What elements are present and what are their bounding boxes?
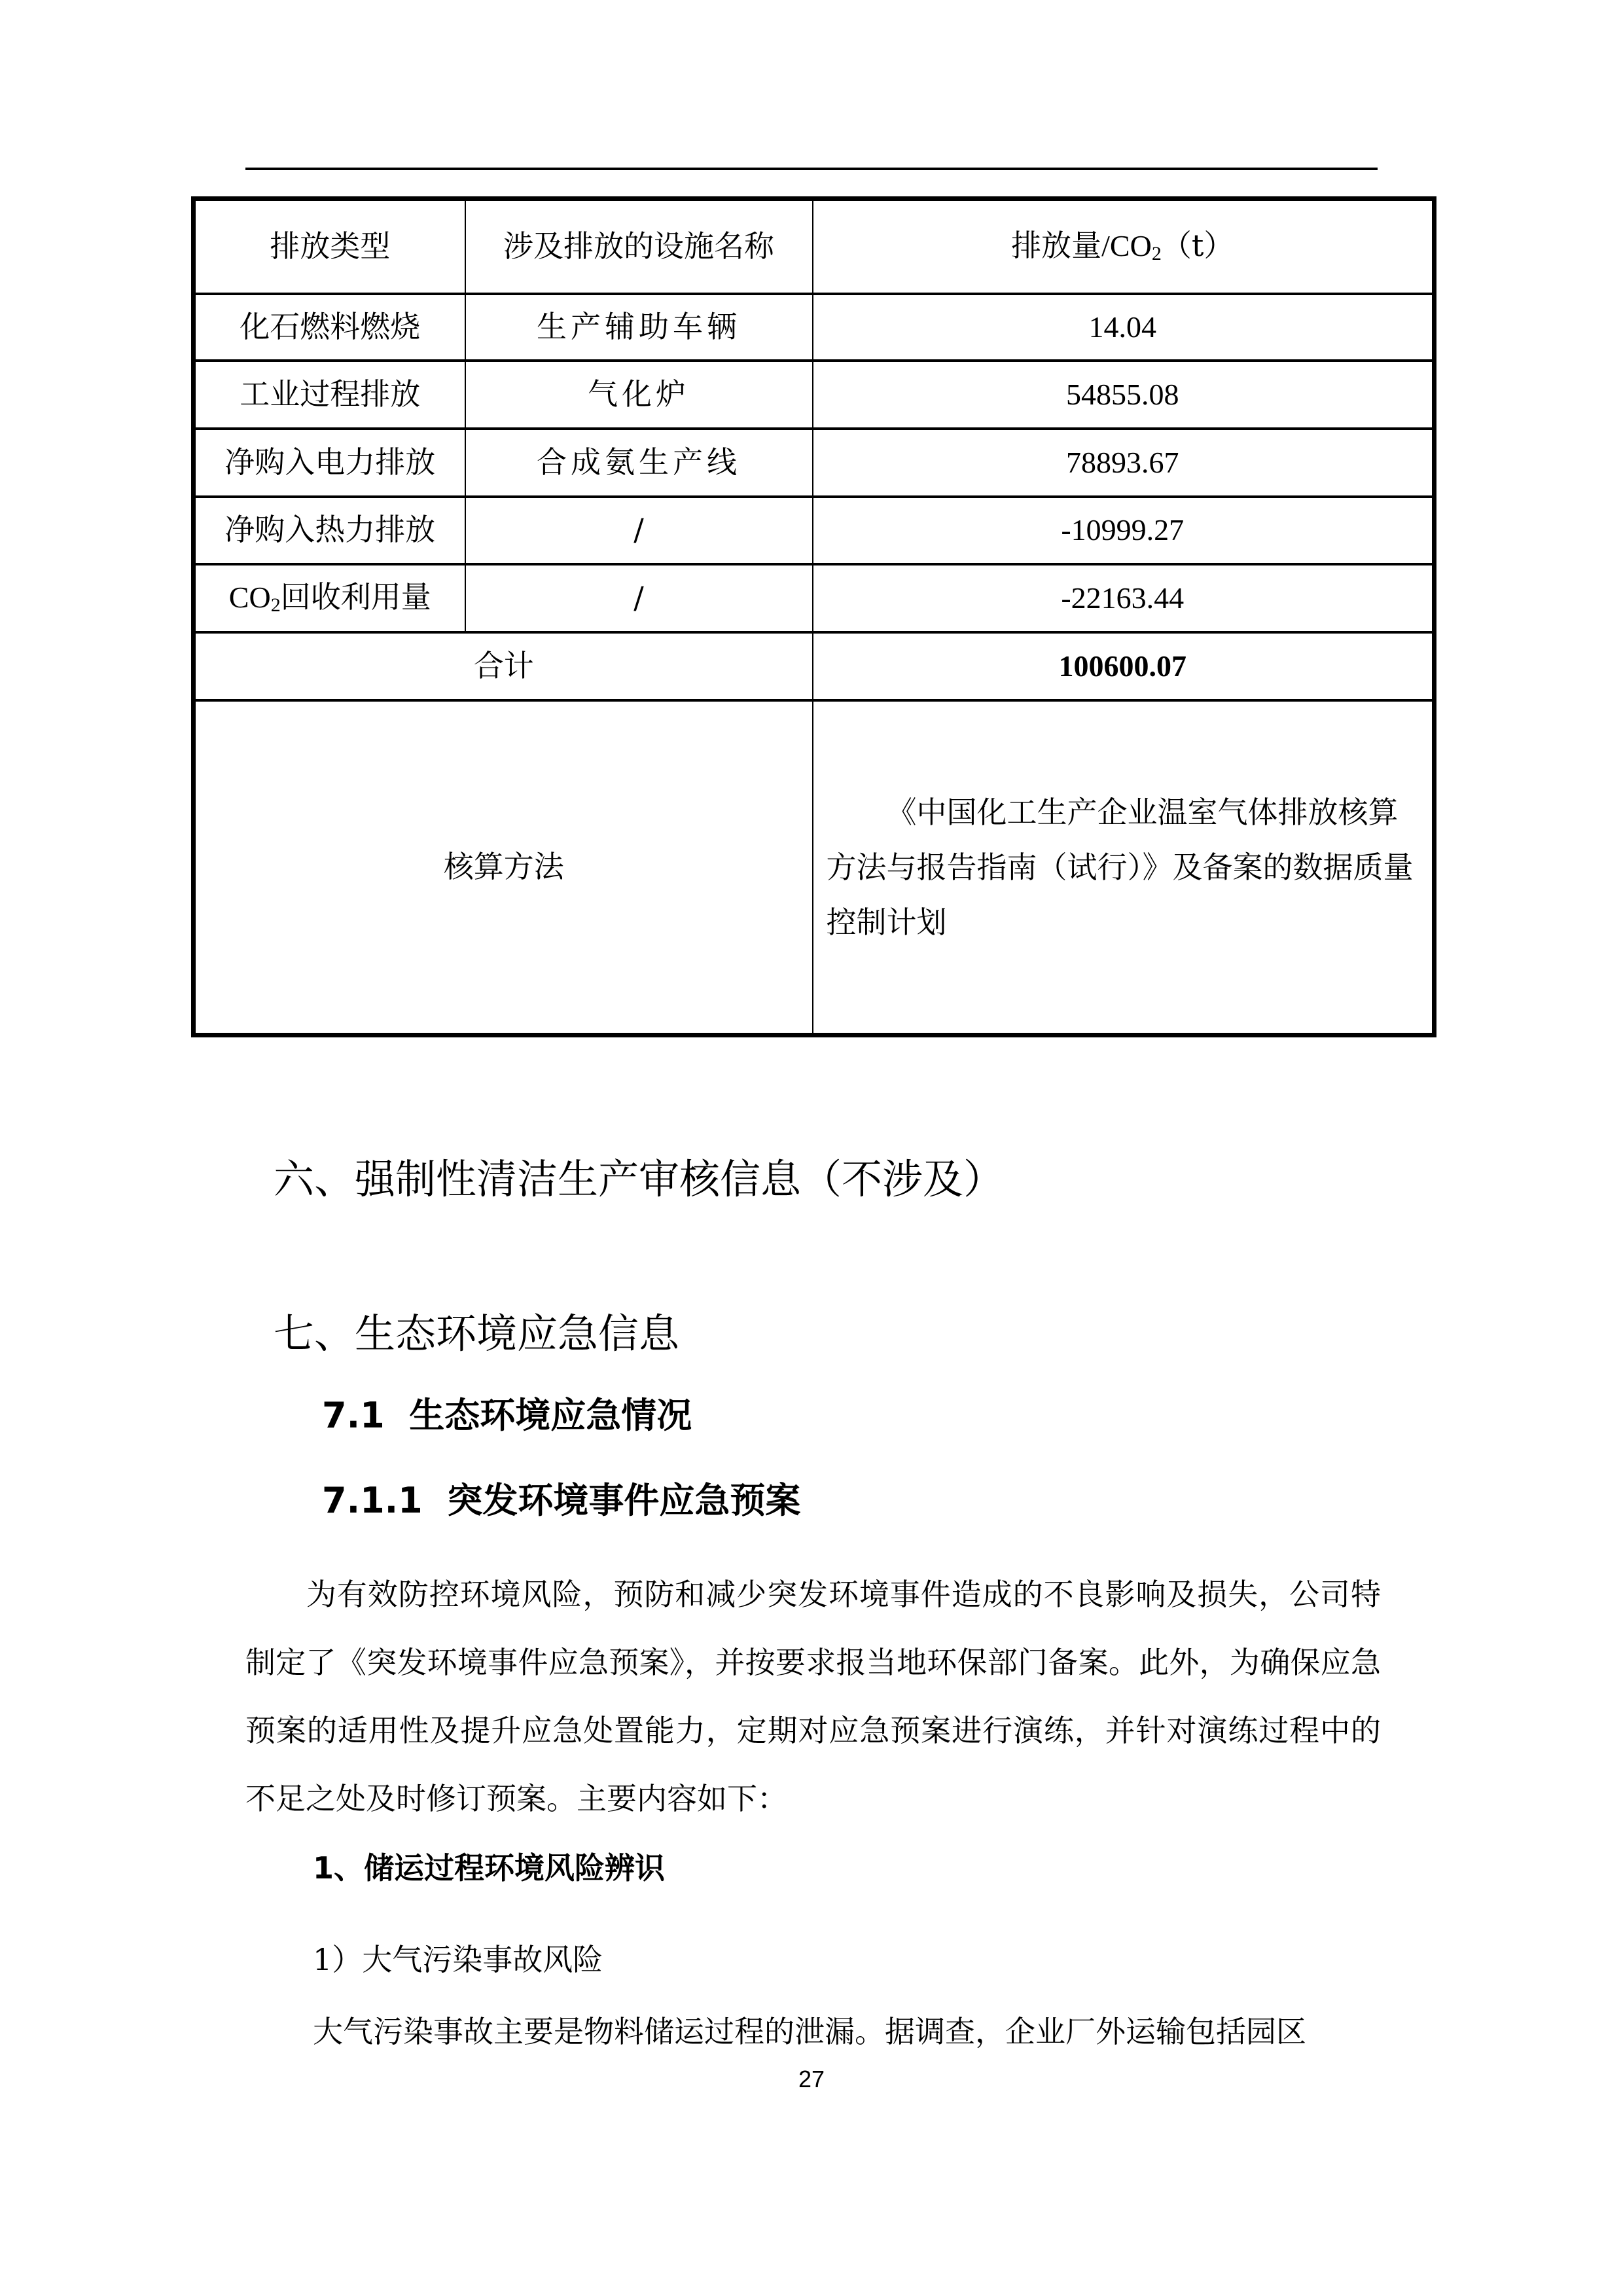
cell-type: 化石燃料燃烧 [194, 294, 465, 361]
section-7-1-1-heading: 7.1.1 突发环境事件应急预案 [322, 1473, 800, 1523]
cell-type: 净购入热力排放 [194, 497, 465, 564]
storage-risk-heading: 1、储运过程环境风险辨识 [313, 1844, 665, 1888]
air-pollution-item: 1）大气污染事故风险 [313, 1936, 603, 1979]
section-six-heading: 六、强制性清洁生产审核信息（不涉及） [274, 1147, 1004, 1205]
table-header-row: 排放类型 涉及排放的设施名称 排放量/CO2（t） [194, 199, 1435, 294]
table-row: 化石燃料燃烧 生产辅助车辆 14.04 [194, 294, 1435, 361]
cell-facility: / [465, 564, 813, 632]
cell-amount: 78893.67 [813, 429, 1435, 497]
cell-amount: 14.04 [813, 294, 1435, 361]
air-pollution-paragraph: 大气污染事故主要是物料储运过程的泄漏。据调查，企业厂外运输包括园区 [313, 2008, 1306, 2051]
intro-paragraph: 为有效防控环境风险，预防和减少突发环境事件造成的不良影响及损失，公司特制定了《突… [245, 1560, 1381, 1833]
total-amount: 100600.07 [813, 632, 1435, 700]
header-facility: 涉及排放的设施名称 [465, 199, 813, 294]
total-label: 合计 [194, 632, 813, 700]
cell-facility: 合成氨生产线 [465, 429, 813, 497]
table-method-row: 核算方法 《中国化工生产企业温室气体排放核算方法与报告指南（试行）》及备案的数据… [194, 700, 1435, 1035]
table-total-row: 合计 100600.07 [194, 632, 1435, 700]
section-number: 7.1 [322, 1395, 385, 1436]
section-seven-heading: 七、生态环境应急信息 [274, 1301, 679, 1359]
table-row: CO2回收利用量 / -22163.44 [194, 564, 1435, 632]
page-number: 27 [0, 2066, 1623, 2093]
cell-type: 净购入电力排放 [194, 429, 465, 497]
cell-facility: 气化炉 [465, 361, 813, 429]
cell-type: 工业过程排放 [194, 361, 465, 429]
cell-facility: 生产辅助车辆 [465, 294, 813, 361]
page-header-rule [245, 168, 1378, 170]
section-title: 突发环境事件应急预案 [447, 1480, 800, 1521]
section-7-1-heading: 7.1 生态环境应急情况 [322, 1388, 692, 1438]
header-type: 排放类型 [194, 199, 465, 294]
cell-amount: -10999.27 [813, 497, 1435, 564]
table-row: 净购入电力排放 合成氨生产线 78893.67 [194, 429, 1435, 497]
table-row: 工业过程排放 气化炉 54855.08 [194, 361, 1435, 429]
method-text: 《中国化工生产企业温室气体排放核算方法与报告指南（试行）》及备案的数据质量控制计… [813, 700, 1435, 1035]
section-number: 7.1.1 [322, 1480, 423, 1521]
emission-table: 排放类型 涉及排放的设施名称 排放量/CO2（t） 化石燃料燃烧 生产辅助车辆 … [191, 196, 1436, 1037]
method-label: 核算方法 [194, 700, 813, 1035]
cell-facility: / [465, 497, 813, 564]
table-row: 净购入热力排放 / -10999.27 [194, 497, 1435, 564]
cell-amount: 54855.08 [813, 361, 1435, 429]
header-amount: 排放量/CO2（t） [813, 199, 1435, 294]
section-title: 生态环境应急情况 [409, 1395, 692, 1436]
cell-type: CO2回收利用量 [194, 564, 465, 632]
cell-amount: -22163.44 [813, 564, 1435, 632]
